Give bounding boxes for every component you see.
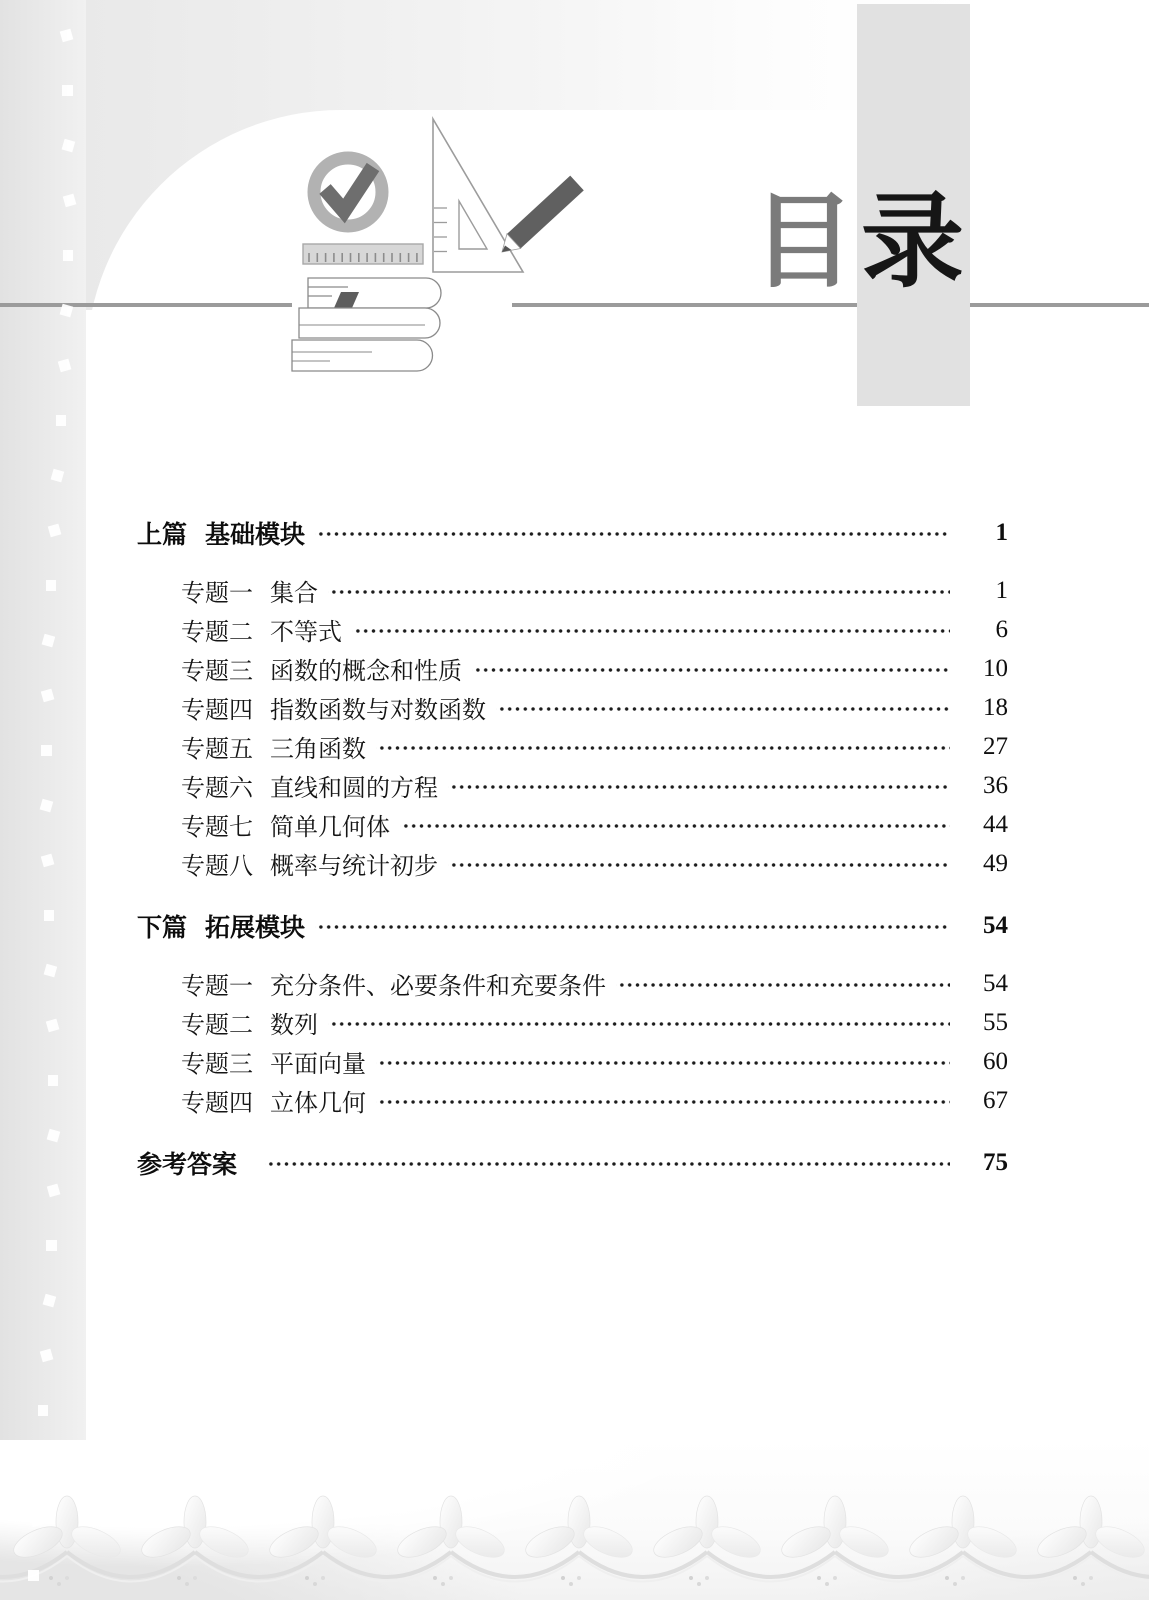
toc-entry-title: 数列 <box>270 1005 318 1040</box>
toc-entry-title: 不等式 <box>270 612 342 647</box>
film-strip-dot <box>38 1405 49 1416</box>
toc-row: 专题四 立体几何 67 <box>137 1081 1008 1120</box>
dot-leader <box>400 815 950 837</box>
toc-entry-title: 立体几何 <box>270 1083 366 1118</box>
footer-pattern-band <box>0 1440 1149 1600</box>
dot-leader <box>265 1153 950 1175</box>
film-strip-dot <box>63 250 74 261</box>
toc-row: 参考答案 75 <box>137 1143 1008 1182</box>
dot-leader <box>376 1091 950 1113</box>
toc-entry-page-number: 6 <box>960 616 1008 644</box>
toc-row: 专题二 不等式 6 <box>137 610 1008 649</box>
toc-entry-page-number: 27 <box>960 733 1008 761</box>
toc-entry-page-number: 49 <box>960 850 1008 878</box>
page-title-char-1: 目 <box>752 192 855 295</box>
toc-row: 专题二 数列 55 <box>137 1003 1008 1042</box>
toc-entry-title: 充分条件、必要条件和充要条件 <box>270 966 606 1001</box>
toc-entry-page-number: 44 <box>960 811 1008 839</box>
toc-entry-page-number: 60 <box>960 1048 1008 1076</box>
header-illustration <box>270 100 600 385</box>
toc-entry-title: 简单几何体 <box>270 807 390 842</box>
film-strip-dot <box>46 1240 57 1251</box>
dot-leader <box>315 523 950 545</box>
toc-entry-page-number: 10 <box>960 655 1008 683</box>
film-strip-dot <box>46 580 57 591</box>
dot-leader <box>448 776 950 798</box>
toc-row: 专题四 指数函数与对数函数 18 <box>137 688 1008 727</box>
toc-entry-title: 平面向量 <box>270 1044 366 1079</box>
toc-entry-page-number: 55 <box>960 1009 1008 1037</box>
toc-entry-label: 专题六 <box>181 768 253 803</box>
petal-pattern <box>0 1440 1149 1600</box>
film-strip-dot <box>48 1075 59 1086</box>
toc-row: 专题八 概率与统计初步 49 <box>137 844 1008 883</box>
dot-leader <box>376 1052 950 1074</box>
toc-entry-label: 专题四 <box>181 690 253 725</box>
toc-row: 专题六 直线和圆的方程 36 <box>137 766 1008 805</box>
toc-entry-label: 专题二 <box>181 1005 253 1040</box>
toc-row: 专题一 充分条件、必要条件和充要条件 54 <box>137 964 1008 1003</box>
dot-leader <box>616 974 950 996</box>
dot-leader <box>315 916 950 938</box>
toc-row: 专题三 平面向量 60 <box>137 1042 1008 1081</box>
toc-entry-label: 专题三 <box>181 651 253 686</box>
toc-row: 专题七 简单几何体 44 <box>137 805 1008 844</box>
toc-entry-label: 专题四 <box>181 1083 253 1118</box>
toc-entry-title: 集合 <box>270 573 318 608</box>
toc-entry-label: 专题五 <box>181 729 253 764</box>
toc-entry-page-number: 54 <box>960 970 1008 998</box>
film-strip-dot <box>41 745 52 756</box>
toc-entry-page-number: 1 <box>960 519 1008 547</box>
checkmark-circle-icon <box>314 158 382 226</box>
toc-row: 专题一 集合 1 <box>137 571 1008 610</box>
toc-entry-label: 上篇 <box>137 515 187 551</box>
film-strip-dot <box>62 85 73 96</box>
film-strip-dot <box>44 910 55 921</box>
toc-entry-title: 概率与统计初步 <box>270 846 438 881</box>
dot-leader <box>472 659 950 681</box>
toc-entry-title: 直线和圆的方程 <box>270 768 438 803</box>
toc-entry-title: 三角函数 <box>270 729 366 764</box>
toc-entry-page-number: 1 <box>960 577 1008 605</box>
toc-entry-title: 基础模块 <box>205 515 305 551</box>
toc-entry-page-number: 75 <box>960 1149 1008 1177</box>
toc-entry-label: 专题七 <box>181 807 253 842</box>
book-stack-icon <box>292 278 441 371</box>
film-strip-dot <box>28 1570 39 1581</box>
page: 目 录 <box>0 0 1149 1600</box>
header-rule-left <box>0 303 292 307</box>
content-sheet <box>86 110 1149 370</box>
toc-entry-label: 专题三 <box>181 1044 253 1079</box>
ruler-icon <box>303 244 423 264</box>
toc-row: 专题三 函数的概念和性质 10 <box>137 649 1008 688</box>
page-title-char-2: 录 <box>861 192 964 295</box>
dot-leader <box>496 698 950 720</box>
toc-entry-label: 下篇 <box>137 908 187 944</box>
toc-entry-page-number: 36 <box>960 772 1008 800</box>
toc-entry-page-number: 54 <box>960 912 1008 940</box>
dot-leader <box>448 854 950 876</box>
toc-row: 下篇 拓展模块 54 <box>137 906 1008 945</box>
toc-entry-label: 参考答案 <box>137 1145 237 1181</box>
toc-row: 上篇 基础模块 1 <box>137 513 1008 552</box>
dot-leader <box>328 581 950 603</box>
dot-leader <box>376 737 950 759</box>
toc-entry-page-number: 18 <box>960 694 1008 722</box>
toc-entry-title: 函数的概念和性质 <box>270 651 462 686</box>
toc-entry-label: 专题一 <box>181 573 253 608</box>
toc-entry-page-number: 67 <box>960 1087 1008 1115</box>
dot-leader <box>352 620 950 642</box>
table-of-contents: 上篇 基础模块 1 专题一 集合 1 专题二 不等式 6 专题三 函数的概念和性… <box>137 513 1008 1182</box>
dot-leader <box>328 1013 950 1035</box>
toc-entry-title: 指数函数与对数函数 <box>270 690 486 725</box>
film-strip-dot <box>56 415 67 426</box>
pencil-icon <box>502 183 577 252</box>
toc-row: 专题五 三角函数 27 <box>137 727 1008 766</box>
toc-entry-label: 专题一 <box>181 966 253 1001</box>
toc-entry-label: 专题二 <box>181 612 253 647</box>
toc-entry-title: 拓展模块 <box>205 908 305 944</box>
header-rule-right <box>512 303 1149 307</box>
toc-entry-label: 专题八 <box>181 846 253 881</box>
